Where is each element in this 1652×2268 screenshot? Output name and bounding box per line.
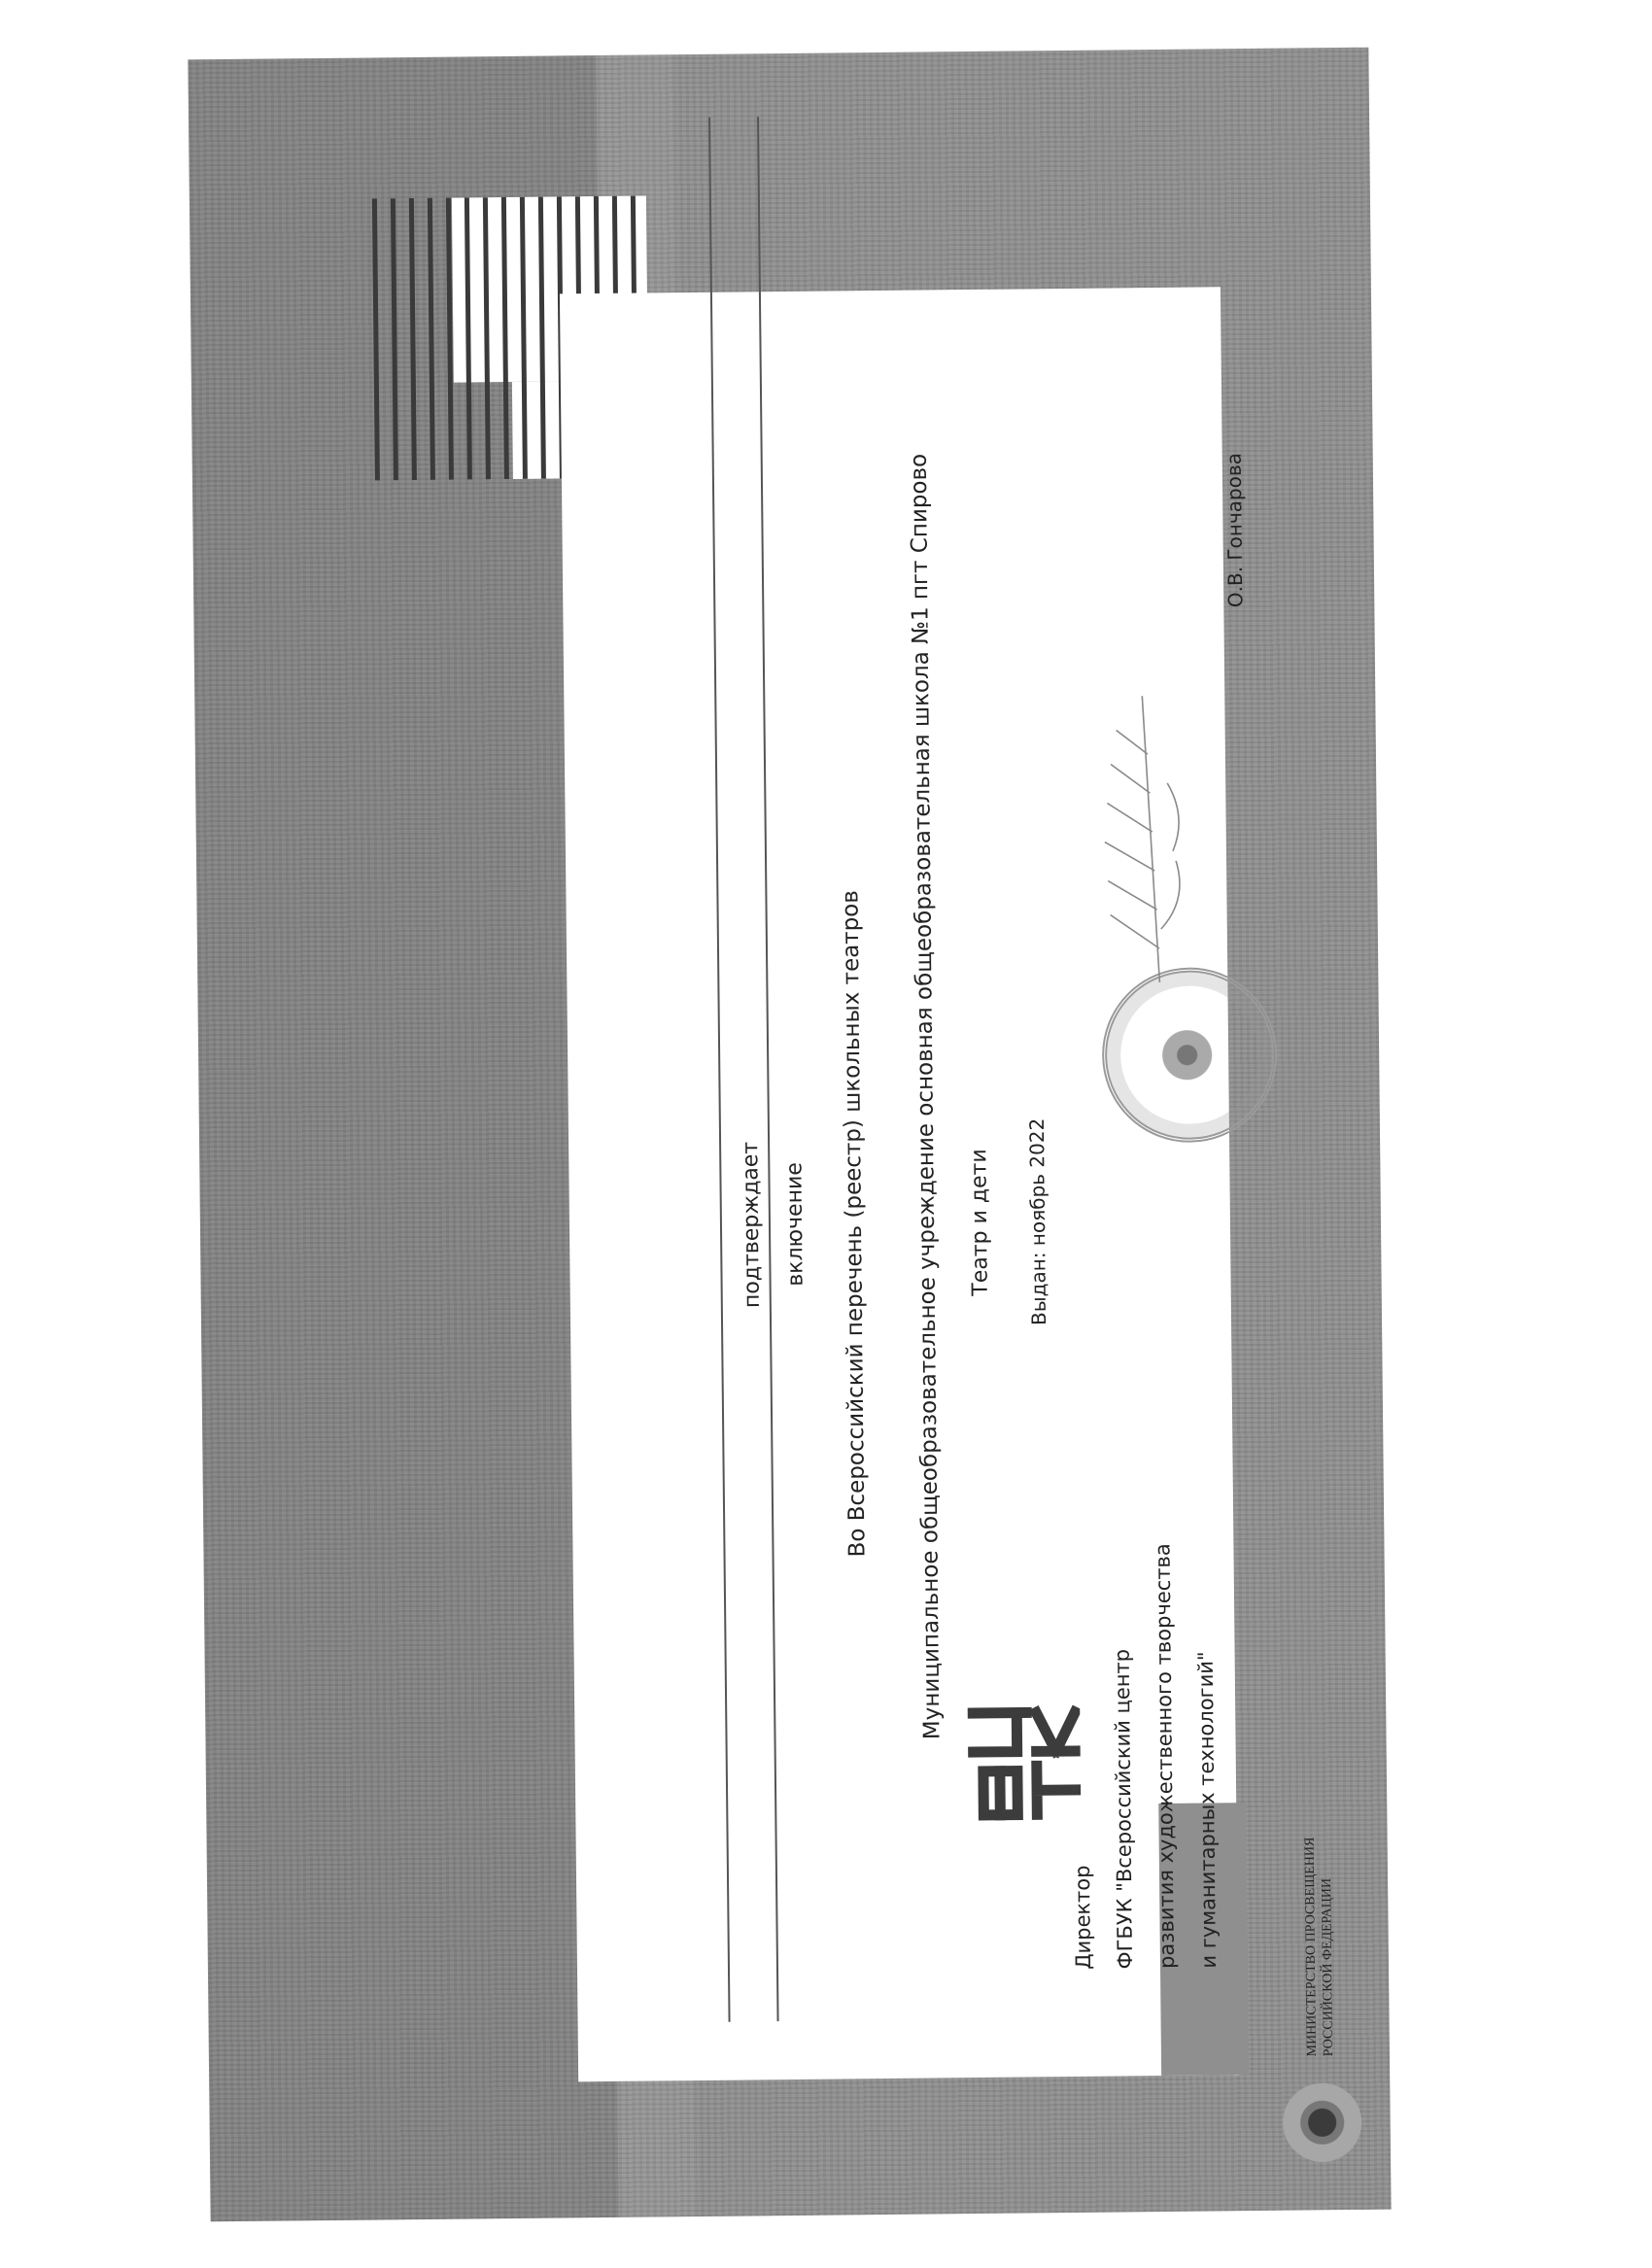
stamp-eagle-icon [1151, 1020, 1224, 1089]
position-line: развития художественного творчества [1142, 1543, 1188, 1969]
position-line: ФГБУК "Всероссийский центр [1100, 1544, 1147, 1970]
official-stamp-icon [1101, 967, 1278, 1144]
stripe-line [391, 198, 398, 480]
stripe-line [428, 198, 435, 480]
position-line: Директор [1058, 1544, 1105, 1970]
signature-icon [1088, 686, 1198, 988]
ministry-name-line2: Российской Федерации [1320, 1837, 1338, 2056]
ministry-block: Министерство просвещения Российской Феде… [1265, 1743, 1377, 2172]
stripe-line [409, 198, 417, 480]
ministry-name-line1: Министерство просвещения [1303, 1838, 1322, 2057]
signatory-position: Директор ФГБУК "Всероссийский центр разв… [1058, 1543, 1230, 1970]
stripe-line [372, 198, 380, 480]
ministry-name: Министерство просвещения Российской Феде… [1303, 1837, 1338, 2056]
certificate-card: Министерство просвещения Российской Феде… [188, 48, 1391, 2222]
position-line: и гуманитарных технологий" [1184, 1543, 1230, 1969]
coat-of-arms-icon [1278, 2074, 1366, 2172]
signatory-name: О.В. Гончарова [1222, 453, 1248, 607]
